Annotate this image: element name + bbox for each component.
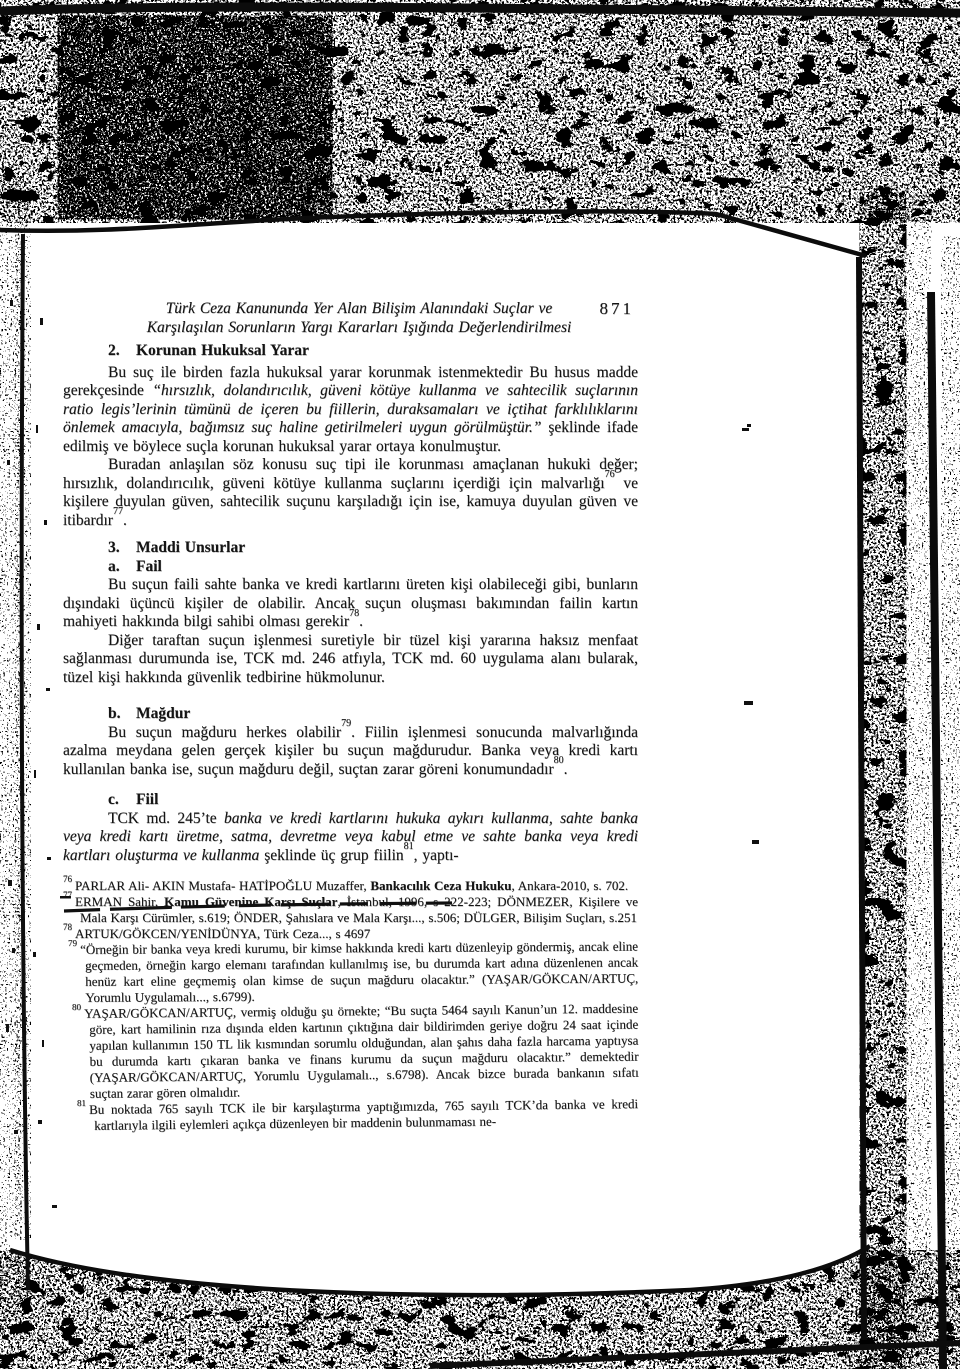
footnote-ref-79: 79 — [341, 718, 351, 729]
text-run: “Örneğin bir banka veya kredi kurumu, bi… — [80, 939, 638, 1005]
heading-number: b. — [108, 705, 136, 724]
text-run: , Ankara-2010, s. 702. — [511, 878, 628, 893]
footnote-ref-80: 80 — [554, 755, 564, 766]
subheading-fiil: c.Fiil — [63, 791, 638, 810]
page-bottom-white-bulge — [10, 1240, 870, 1295]
heading-label: Mağdur — [136, 705, 190, 722]
heading-label: Maddi Unsurlar — [136, 539, 245, 556]
heading-label: Fail — [136, 558, 162, 575]
noise-bottom-band — [0, 1256, 960, 1369]
page-number: 871 — [600, 300, 635, 319]
text-run: Buradan anlaşılan söz konusu suç tipi il… — [63, 456, 638, 492]
footnote-81: 81Bu noktada 765 sayılı TCK ile bir karş… — [77, 1096, 638, 1134]
page-bottom-edge-line — [10, 1246, 870, 1295]
heading-number: 2. — [108, 342, 136, 361]
text-run: Bu suçun faili sahte banka ve kredi kart… — [63, 576, 638, 630]
text-run: TCK md. 245’te — [108, 810, 224, 827]
running-header: Türk Ceza Kanununda Yer Alan Bilişim Ala… — [63, 299, 633, 337]
paragraph-magdur-1: Bu suçun mağduru herkes olabilir79. Fiil… — [63, 724, 638, 780]
text-run: YAŞAR/GÖKCAN/ARTUÇ, vermiş olduğu şu örn… — [84, 1001, 639, 1101]
heading-label: Fiil — [136, 791, 158, 808]
heading-number: 3. — [108, 539, 136, 558]
book-title-bold: Bankacılık Ceza Hukuku — [370, 878, 511, 893]
noise-right-band — [862, 248, 960, 1369]
subheading-fail: a.Fail — [63, 558, 638, 577]
text-run: , yaptı- — [414, 847, 459, 864]
section-heading-korunan-hukuksal-yarar: 2.Korunan Hukuksal Yarar — [63, 342, 638, 361]
book-title-bold: Kamu Güvenine Karşı Suçlar — [164, 894, 337, 909]
footnote-ref-77: 77 — [113, 506, 123, 517]
scan-top-edge-line — [0, 7, 960, 13]
header-line2: Karşılaşılan Sorunların Yargı Kararları … — [85, 318, 633, 337]
paragraph-fail-2: Diğer taraftan suçun işlenmesi suretiyle… — [63, 632, 638, 688]
text-run: . — [359, 613, 363, 630]
heading-label: Korunan Hukuksal Yarar — [136, 342, 309, 359]
paragraph-hukuksal-yarar-2: Buradan anlaşılan söz konusu suç tipi il… — [63, 456, 638, 530]
footnote-80: 80YAŞAR/GÖKCAN/ARTUÇ, vermiş olduğu şu ö… — [72, 1001, 639, 1102]
paragraph-fail-1: Bu suçun faili sahte banka ve kredi kart… — [63, 576, 638, 632]
scanned-book-page: Türk Ceza Kanununda Yer Alan Bilişim Ala… — [0, 0, 960, 1369]
text-run: . — [564, 761, 568, 778]
footnote-ref-76: 76 — [605, 469, 615, 480]
page-right-edge-line — [859, 257, 864, 1340]
text-run: ARTUK/GÖKCEN/YENİDÜNYA, Türk Ceza..., s … — [75, 926, 370, 941]
text-run: şeklinde üç grup fiilin — [259, 847, 403, 864]
footnote-79: 79“Örneğin bir banka veya kredi kurumu, … — [68, 939, 638, 1006]
heading-number: c. — [108, 791, 136, 810]
footnote-number: 77 — [63, 890, 72, 900]
page-top-edge-line — [0, 211, 866, 256]
heading-number: a. — [108, 558, 136, 577]
footnote-number: 80 — [72, 1002, 81, 1012]
text-run: . — [123, 512, 127, 529]
footnote-77: 77ERMAN Sahir, Kamu Güvenine Karşı Suçla… — [63, 894, 638, 926]
text-run: Bu suçun mağduru herkes olabilir — [108, 724, 341, 741]
page-left-edge-line — [22, 234, 28, 1290]
text-run: PARLAR Ali- AKIN Mustafa- HATİPOĞLU Muza… — [75, 878, 370, 893]
footnote-ref-81: 81 — [404, 841, 414, 852]
footnote-number: 76 — [63, 874, 72, 884]
text-run: Bu noktada 765 sayılı TCK ile bir karşıl… — [89, 1096, 638, 1133]
page-content: Türk Ceza Kanununda Yer Alan Bilişim Ala… — [63, 299, 638, 1134]
section-heading-maddi-unsurlar: 3.Maddi Unsurlar — [63, 539, 638, 558]
footnote-number: 81 — [77, 1098, 86, 1108]
footnote-76: 76PARLAR Ali- AKIN Mustafa- HATİPOĞLU Mu… — [63, 878, 638, 894]
header-line1: Türk Ceza Kanununda Yer Alan Bilişim Ala… — [85, 299, 633, 318]
footnote-number: 78 — [63, 922, 72, 932]
paragraph-hukuksal-yarar-1: Bu suç ile birden fazla hukuksal yarar k… — [63, 364, 638, 457]
footnotes-block: 76PARLAR Ali- AKIN Mustafa- HATİPOĞLU Mu… — [63, 878, 638, 1134]
book-edge-right-line — [931, 292, 943, 1369]
scan-bottom-diagonal-line — [430, 1343, 960, 1366]
noise-left-margin — [0, 228, 20, 1288]
footnote-number: 79 — [68, 938, 77, 948]
paragraph-fiil-1: TCK md. 245’te banka ve kredi kartlarını… — [63, 810, 638, 866]
noise-top-band — [0, 0, 960, 212]
noise-left-gutter — [16, 240, 30, 1280]
text-run: ERMAN Sahir, — [75, 894, 164, 909]
footnote-ref-78: 78 — [349, 608, 359, 619]
